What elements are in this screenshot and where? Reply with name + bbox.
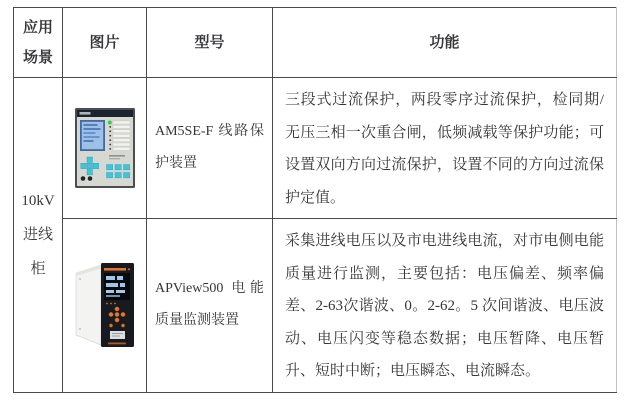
device-photo-cell-am5se (63, 78, 147, 219)
header-model: 型号 (147, 8, 273, 78)
table-row: APView500 电能质量监测装置 采集进线电压以及市电进线电流，对市电侧电能… (14, 219, 617, 393)
lcd-screen-icon (80, 120, 105, 151)
model-am5se: AM5SE-F 线路保护装置 (147, 78, 273, 219)
header-image: 图片 (63, 8, 147, 78)
scenario-line: 柜 (18, 252, 58, 286)
function-am5se: 三段式过流保护，两段零序过流保护，检同期/无压三相一次重合闸，低频减载等保护功能… (273, 78, 617, 219)
bottom-text-strip (108, 343, 126, 345)
scenario-line: 进线 (18, 218, 58, 252)
brand-logo (79, 112, 90, 115)
scenario-cell: 10kV 进线 柜 (14, 78, 63, 393)
header-function: 功能 (273, 8, 617, 78)
scenario-line: 10kV (18, 184, 58, 218)
header-row: 应用场景 图片 型号 功能 (14, 8, 617, 78)
segment-display-icon (104, 273, 130, 300)
am5se-f-device-image (75, 108, 135, 188)
function-apview500: 采集进线电压以及市电进线电流，对市电侧电能质量进行监测，主要包括：电压偏差、频率… (273, 219, 617, 393)
header-scenario: 应用场景 (14, 8, 63, 78)
indicator-led-row (106, 303, 116, 305)
device-photo-cell-apview500 (63, 219, 147, 393)
table-row: 10kV 进线 柜 (14, 78, 617, 219)
page: 应用场景 图片 型号 功能 10kV 进线 柜 (0, 0, 640, 406)
status-led-icon (107, 121, 111, 125)
screw-icon (79, 278, 81, 280)
device-side-panel (76, 265, 101, 345)
round-button-icon (80, 176, 85, 181)
round-button-icon (87, 176, 92, 181)
apview500-device-image (74, 261, 136, 349)
brand-text-strip (104, 268, 126, 271)
model-apview500: APView500 电能质量监测装置 (147, 219, 273, 393)
device-spec-table: 应用场景 图片 型号 功能 10kV 进线 柜 (13, 7, 617, 393)
nameplate-label (110, 331, 125, 339)
screw-icon (79, 328, 81, 330)
